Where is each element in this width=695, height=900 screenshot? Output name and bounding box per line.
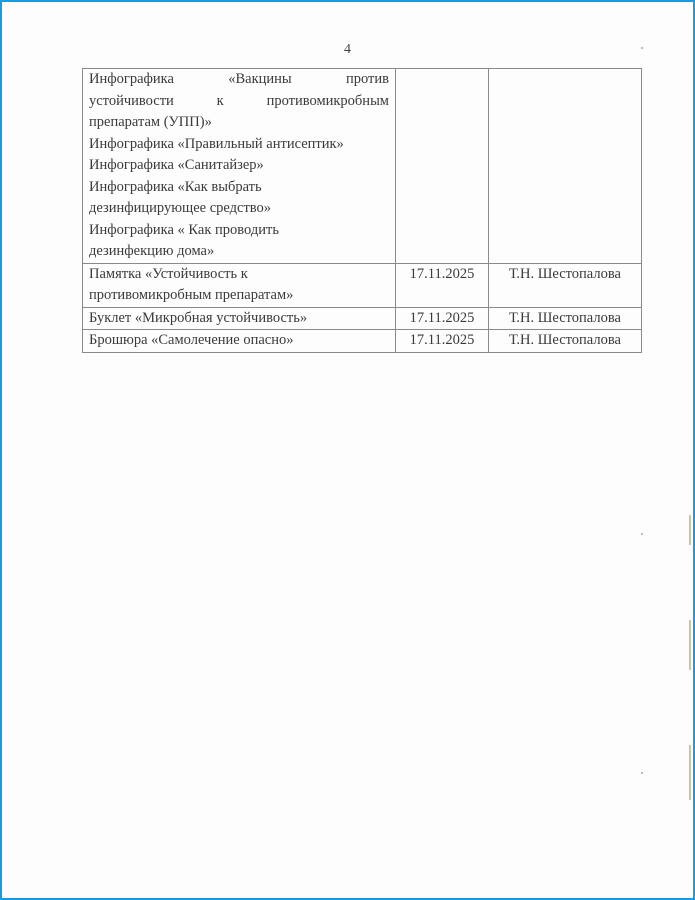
material-title-line: Инфографика «Вакцины против [89,69,389,91]
material-title-line: дезинфицирующее средство» [89,198,389,220]
scan-artifact [641,47,643,49]
responsible-cell: Т.Н. Шестопалова [489,263,642,307]
table-row: Брошюра «Самолечение опасно»17.11.2025Т.… [83,330,642,353]
date-cell: 17.11.2025 [396,263,489,307]
material-title-line: препаратам (УПП)» [89,112,389,134]
material-title-line: Брошюра «Самолечение опасно» [89,330,389,352]
table-row: Буклет «Микробная устойчивость»17.11.202… [83,307,642,330]
material-title-line: Инфографика «Правильный антисептик» [89,134,389,156]
date-cell [396,69,489,264]
scan-artifact [689,745,691,800]
scan-artifact [641,533,643,535]
material-title-line: противомикробным препаратам» [89,285,389,307]
date-cell: 17.11.2025 [396,330,489,353]
scan-artifact [689,515,691,545]
date-cell: 17.11.2025 [396,307,489,330]
material-title-line: Инфографика «Как выбрать [89,177,389,199]
table-row: Инфографика «Вакцины противустойчивости … [83,69,642,264]
material-title-line: дезинфекцию дома» [89,241,389,263]
material-title-line: Инфографика « Как проводить [89,220,389,242]
material-title-cell: Инфографика «Вакцины противустойчивости … [83,69,396,264]
scan-artifact [689,620,691,670]
responsible-cell: Т.Н. Шестопалова [489,307,642,330]
material-title-line: устойчивости к противомикробным [89,91,389,113]
events-table: Инфографика «Вакцины противустойчивости … [82,68,642,353]
responsible-cell: Т.Н. Шестопалова [489,330,642,353]
responsible-cell [489,69,642,264]
material-title-cell: Буклет «Микробная устойчивость» [83,307,396,330]
page-number: 4 [0,42,695,58]
material-title-line: Памятка «Устойчивость к [89,264,389,286]
material-title-cell: Брошюра «Самолечение опасно» [83,330,396,353]
material-title-line: Буклет «Микробная устойчивость» [89,308,389,330]
material-title-line: Инфографика «Санитайзер» [89,155,389,177]
scan-artifact [641,772,643,774]
table-row: Памятка «Устойчивость кпротивомикробным … [83,263,642,307]
material-title-cell: Памятка «Устойчивость кпротивомикробным … [83,263,396,307]
